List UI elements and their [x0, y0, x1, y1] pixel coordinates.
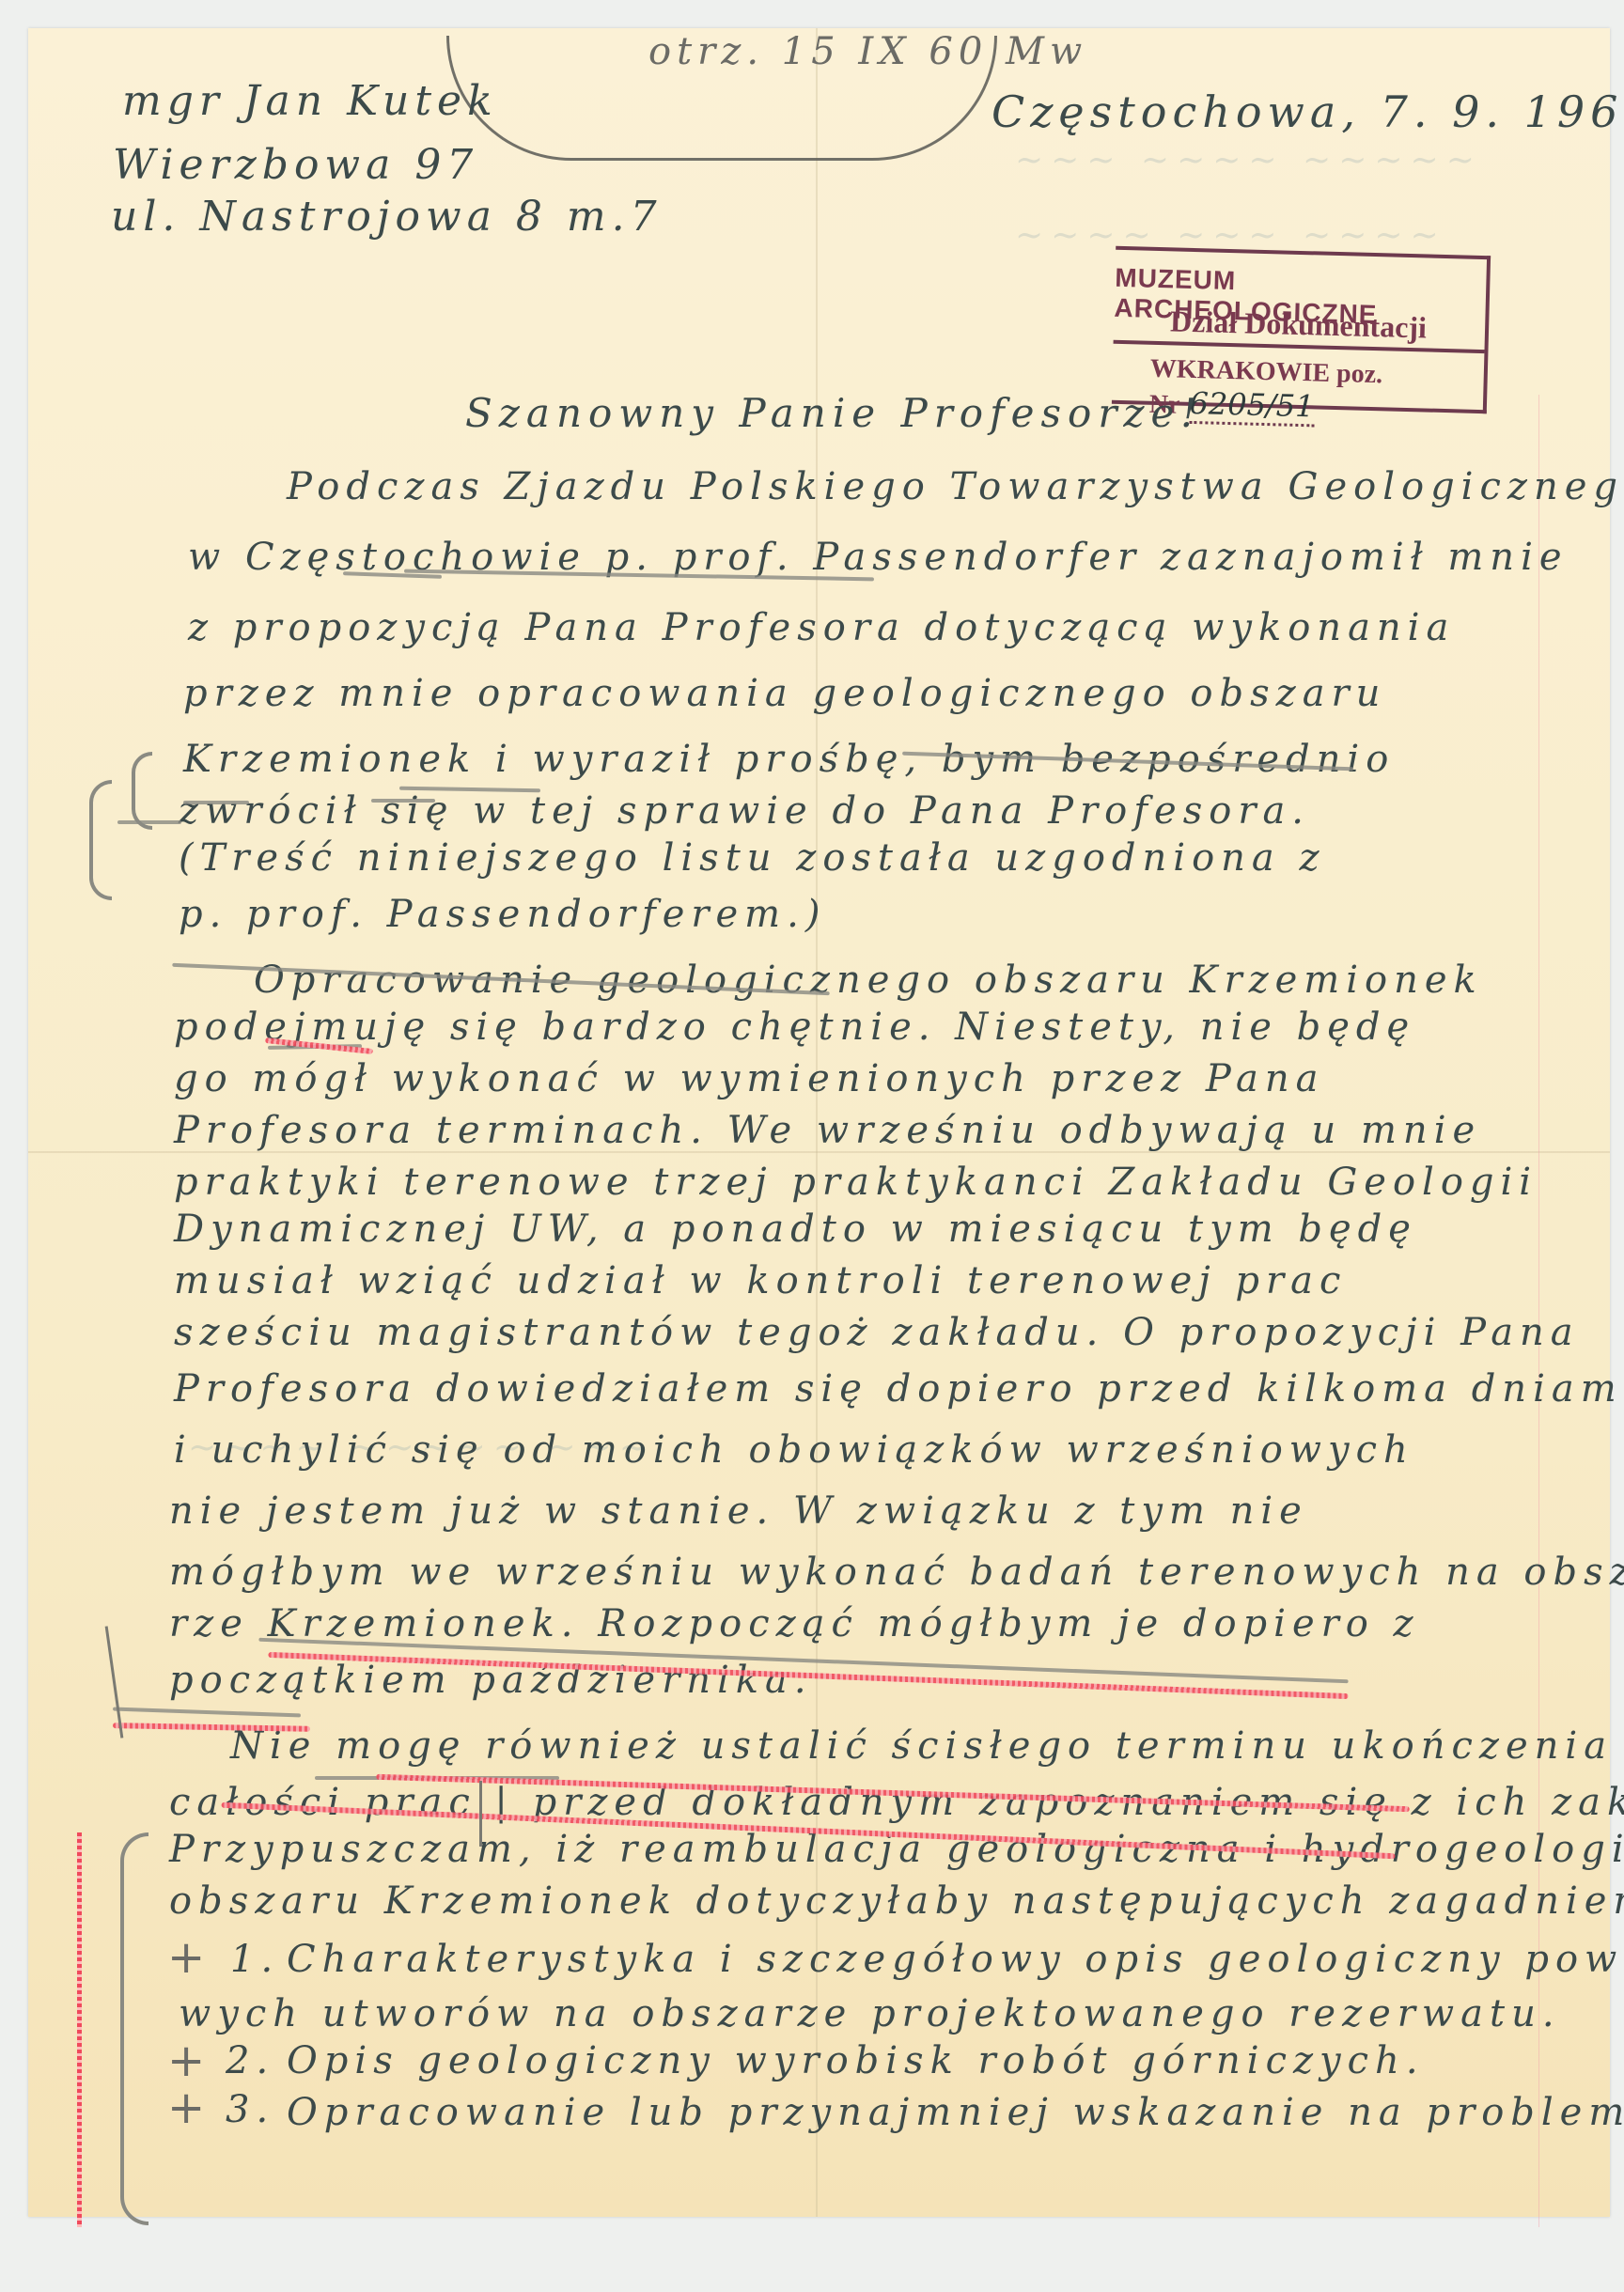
pencil-margin-paren	[132, 752, 152, 830]
body-line: go mógł wykonać w wymienionych przez Pan…	[174, 1057, 1324, 1100]
pencil-plus-mark: +	[167, 2082, 205, 2134]
list-item-text: Charakterystyka i szczegółowy opis geolo…	[287, 1938, 1624, 1981]
pencil-curly-bracket	[120, 1832, 148, 2225]
sender-name: mgr Jan Kutek	[122, 77, 498, 125]
stamp-reference-number: 6205/51	[1189, 385, 1315, 427]
pencil-divider-mark	[479, 1781, 482, 1847]
pencil-plus-mark: +	[167, 1931, 205, 1984]
sender-address-1: Wierzbowa 97	[113, 141, 478, 189]
list-item-text: wych utworów na obszarze projektowanego …	[179, 1992, 1561, 2035]
place-date: Częstochowa, 7. 9. 1960	[992, 86, 1624, 137]
body-line: z propozycją Pana Profesora dotyczącą wy…	[188, 606, 1455, 649]
sender-address-2: ul. Nastrojowa 8 m.7	[111, 193, 663, 241]
list-item-number: 1.	[230, 1938, 279, 1981]
list-item-number: 2.	[226, 2039, 274, 2082]
body-line: Profesora terminach. We wrześniu odbywaj…	[174, 1109, 1481, 1152]
pencil-underline	[371, 799, 435, 803]
body-line: zwrócił się w tej sprawie do Pana Profes…	[179, 789, 1310, 833]
body-line: praktyki terenowe trzej praktykanci Zakł…	[174, 1161, 1538, 1204]
body-line: (Treść niniejszego listu została uzgodni…	[179, 836, 1326, 880]
received-annotation: otrz. 15 IX 60 Mw	[648, 30, 1087, 73]
body-line: Profesora dowiedziałem się dopiero przed…	[174, 1367, 1624, 1411]
body-line: przez mnie opracowania geologicznego obs…	[183, 672, 1386, 715]
body-line: nie jestem już w stanie. W związku z tym…	[169, 1489, 1308, 1533]
body-line: Krzemionek i wyraził prośbę, bym bezpośr…	[183, 738, 1395, 781]
archive-stamp: MUZEUM ARCHEOLOGICZNE Dział Dokumentacji…	[1112, 246, 1491, 413]
pencil-plus-mark: +	[167, 2035, 205, 2087]
body-line: sześciu magistrantów tegoż zakładu. O pr…	[174, 1311, 1580, 1354]
body-line: i uchylić się od moich obowiązków wrześn…	[174, 1428, 1414, 1472]
stamp-department: Dział Dokumentacji	[1170, 304, 1428, 345]
body-line: p. prof. Passendorferem.)	[179, 893, 826, 936]
body-line: musiał wziąć udział w kontroli terenowej…	[174, 1259, 1347, 1302]
list-item-text: Opis geologiczny wyrobisk robót górniczy…	[287, 2039, 1425, 2082]
body-line: mógłbym we wrześniu wykonać badań tereno…	[169, 1551, 1624, 1594]
body-line: Nie mogę również ustalić ścisłego termin…	[230, 1724, 1613, 1768]
list-item-number: 3.	[226, 2088, 274, 2131]
pencil-underline	[183, 801, 249, 804]
body-line: obszaru Krzemionek dotyczyłaby następują…	[169, 1879, 1624, 1923]
pencil-margin-bracket	[89, 780, 112, 900]
bleed-through-text: ~~~ ~~~~ ~~~~~	[1015, 141, 1482, 179]
red-margin-mark	[77, 1832, 82, 2227]
body-line: rze Krzemionek. Rozpocząć mógłbym je dop…	[169, 1602, 1420, 1645]
body-line: podejmuję się bardzo chętnie. Niestety, …	[174, 1006, 1415, 1049]
salutation: Szanowny Panie Profesorze!	[465, 390, 1203, 436]
body-line: Podczas Zjazdu Polskiego Towarzystwa Geo…	[287, 465, 1624, 508]
list-item-text: Opracowanie lub przynajmniej wskazanie n…	[287, 2091, 1624, 2134]
body-line: Opracowanie geologicznego obszaru Krzemi…	[254, 959, 1483, 1002]
body-line: w Częstochowie p. prof. Passendorfer zaz…	[188, 536, 1569, 579]
body-line: Dynamicznej UW, a ponadto w miesiącu tym…	[174, 1208, 1417, 1251]
body-line: całości prac | przed dokładnym zapoznani…	[169, 1781, 1624, 1824]
